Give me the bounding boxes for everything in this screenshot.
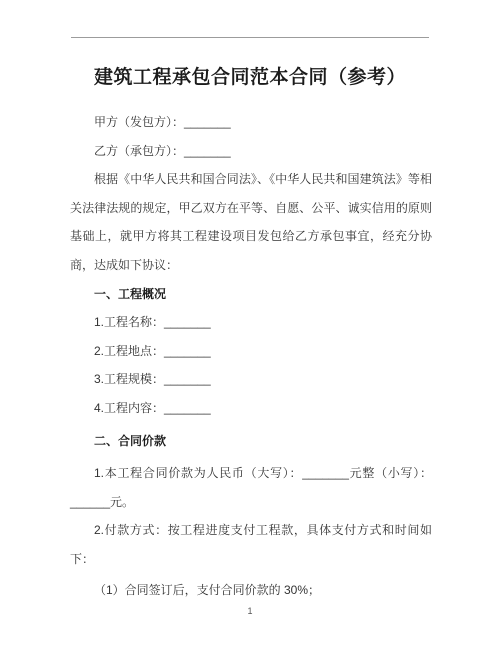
section-1-item-2: 2.工程地点：_______ [70,337,432,366]
section-2-item-1: 1.本工程合同价款为人民币（大写）：_______元整（小写）：______元。 [70,459,432,516]
party-b-line: 乙方（承包方）：_______ [70,137,432,166]
preamble-paragraph: 根据《中华人民共和国合同法》、《中华人民共和国建筑法》等相关法律法规的规定，甲乙… [70,165,432,279]
page-number: 1 [0,605,500,617]
section-1-item-4: 4.工程内容：_______ [70,394,432,423]
section-2-item-2-sub-1: （1）合同签订后，支付合同价款的 30%； [70,576,432,605]
section-1-item-3: 3.工程规模：_______ [70,365,432,394]
section-1-item-1: 1.工程名称：_______ [70,308,432,337]
party-a-line: 甲方（发包方）：_______ [70,108,432,137]
document-body: 甲方（发包方）：_______ 乙方（承包方）：_______ 根据《中华人民共… [70,108,432,604]
header-divider [71,37,429,38]
document-title: 建筑工程承包合同范本合同（参考） [0,63,500,93]
section-2-heading: 二、合同价款 [70,427,432,456]
document-page: 建筑工程承包合同范本合同（参考） 甲方（发包方）：_______ 乙方（承包方）… [0,0,500,647]
section-2-item-2: 2.付款方式：按工程进度支付工程款，具体支付方式和时间如下： [70,516,432,573]
section-1-heading: 一、工程概况 [70,280,432,309]
